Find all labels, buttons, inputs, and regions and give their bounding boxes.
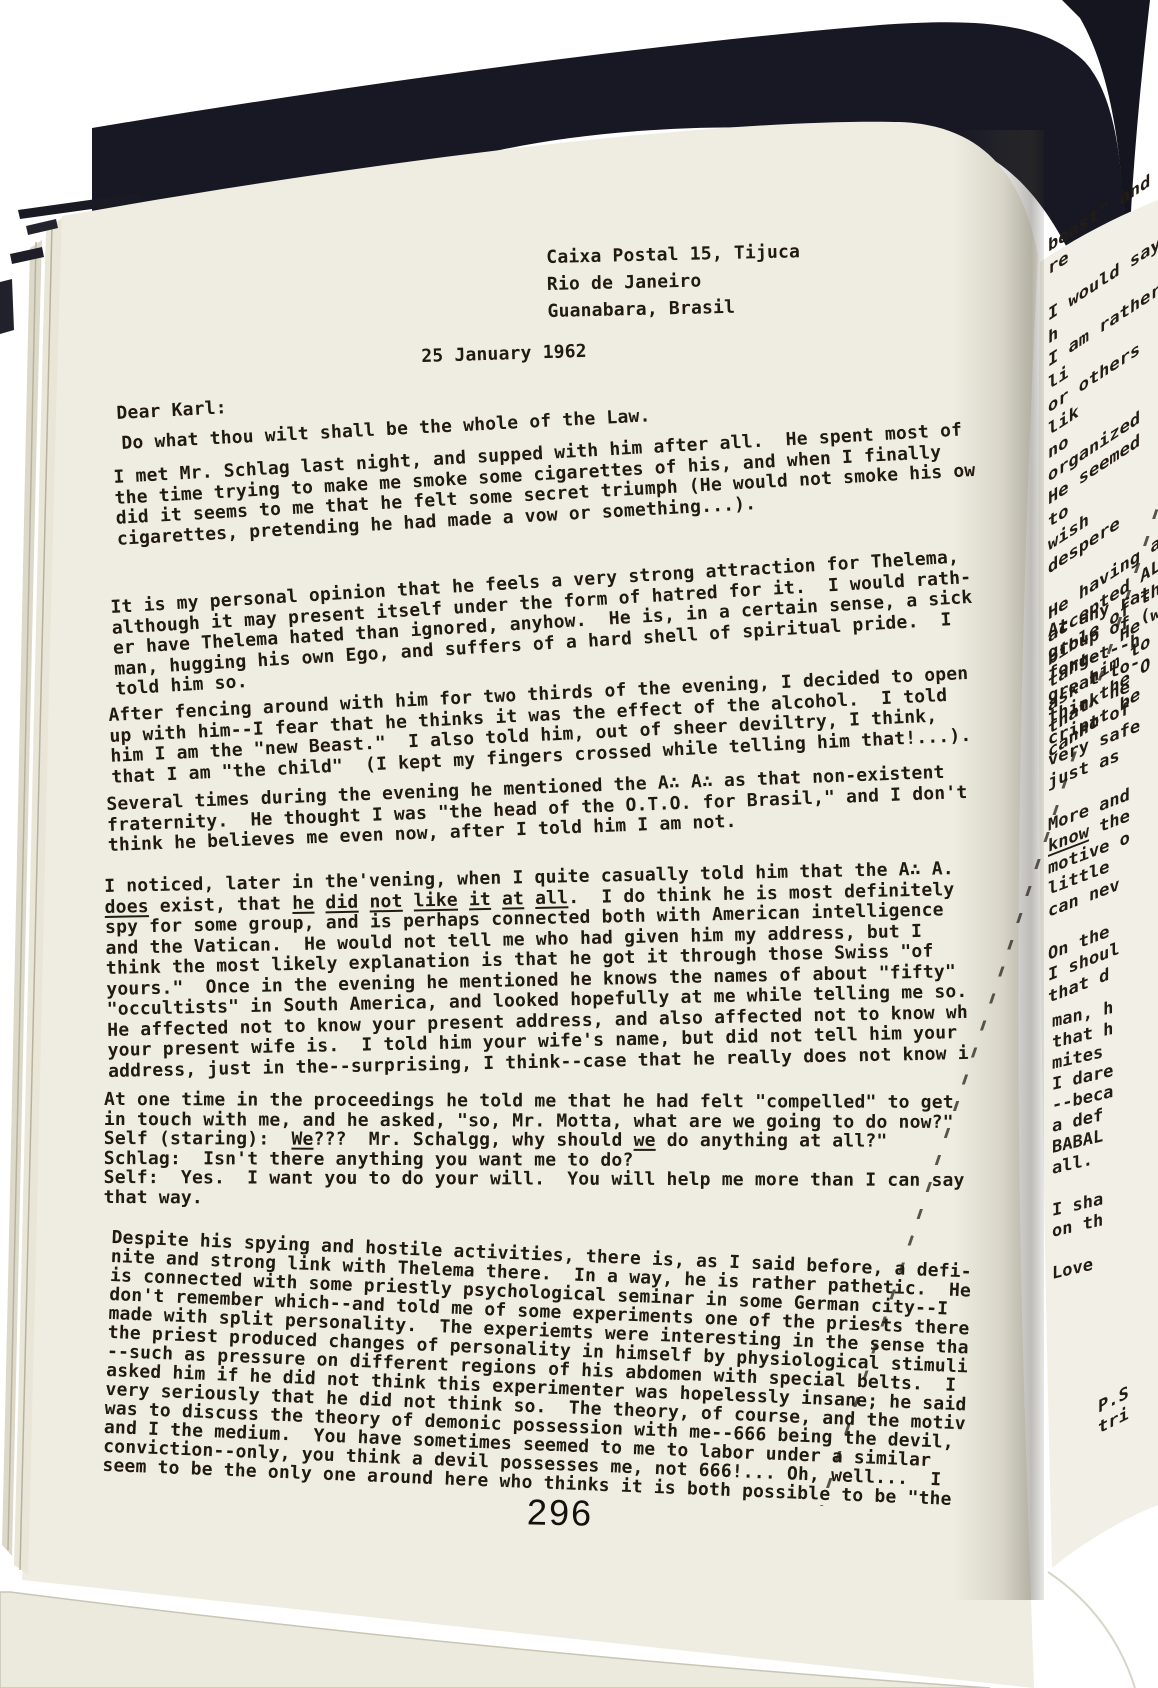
page-number: 296: [527, 1491, 594, 1534]
letter-paragraph: I noticed, later in the'vening, when I q…: [104, 859, 969, 1082]
typewritten-letter: Caixa Postal 15, Tijuca Rio de Janeiro G…: [0, 0, 1158, 1688]
right-page-text-fragment: At any rat group of ( forget--h great to…: [1048, 576, 1158, 1009]
right-page-text-fragment: man, h that h mites I dare --beca a def …: [1052, 984, 1158, 1285]
book-photo: Caixa Postal 15, Tijuca Rio de Janeiro G…: [0, 0, 1158, 1688]
letter-address: Caixa Postal 15, Tijuca Rio de Janeiro G…: [546, 238, 802, 325]
right-page-fold-line: [1048, 1572, 1135, 1688]
letter-paragraph: Despite his spying and hostile activitie…: [102, 1228, 972, 1509]
letter-dialogue-paragraph: At one time in the proceedings he told m…: [104, 1090, 965, 1210]
letter-date: 25 January 1962: [421, 342, 587, 368]
letter-salutation: Dear Karl:: [116, 398, 227, 424]
